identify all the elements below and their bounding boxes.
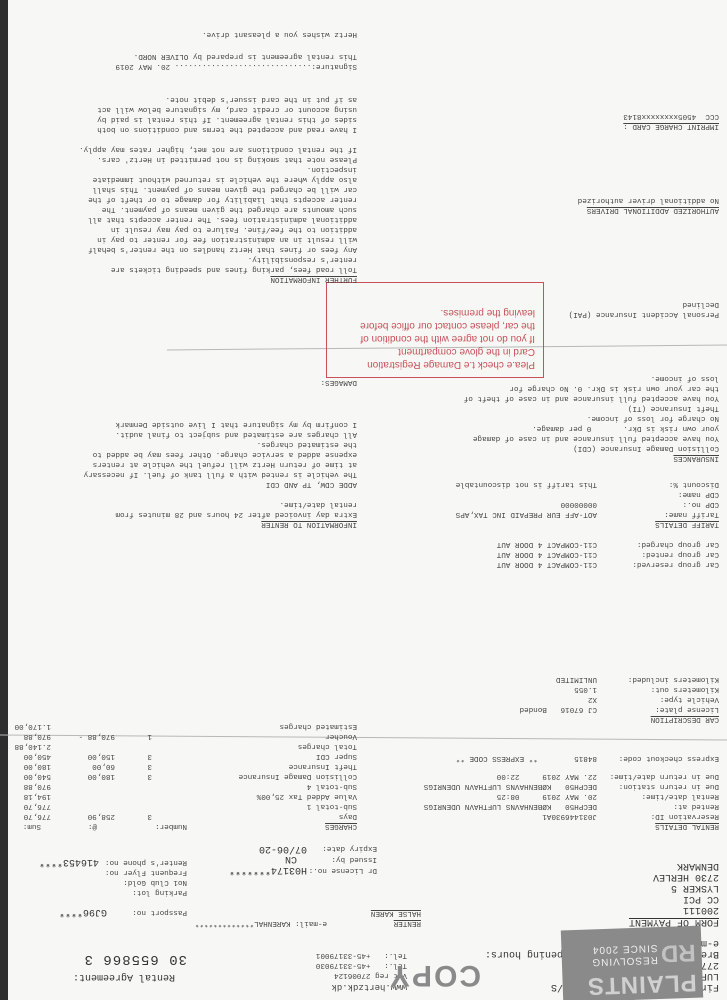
further-info-line: Please note that smoking is not permitte…: [97, 153, 357, 163]
stamp-line: the car, please contact our office befor…: [335, 319, 535, 332]
charge-price: 970,88 -: [79, 730, 115, 740]
charge-sum: 776,70: [24, 810, 51, 820]
car-group-value: C11-COMPACT 4 DOOR AUT: [497, 558, 597, 568]
payment-line: 2730 HERLEV: [653, 871, 719, 882]
insurances-title: INSURANCES: [673, 452, 719, 462]
insurance-line: your own risk is Dkr. 0 per damage.: [532, 422, 719, 432]
car-group-label: Car group charged:: [637, 538, 719, 548]
stamp-line: If you do not agree with the condition o…: [335, 332, 535, 345]
stamp-line: leaving the premises.: [335, 306, 535, 319]
info-line: Extra day invoiced after 24 hours and 28…: [115, 508, 357, 518]
license-number: H03174*******: [229, 864, 307, 875]
rental-details-title: RENTAL DETAILS: [655, 820, 719, 830]
tariff-value: AOT-AFF EUR PREPAID INC TAX,APS: [456, 508, 597, 518]
tariff-label: Tariff name:: [664, 508, 719, 518]
agreement-label: Rental Agreement:: [73, 971, 175, 982]
insurance-line: You have accepted full insurance and in …: [473, 432, 719, 442]
charge-price: 60,00: [92, 760, 115, 770]
charge-sum: 970,88: [24, 730, 51, 740]
logo-top-text: PLAINTS: [587, 968, 698, 1000]
charge-label: Days: [339, 810, 357, 820]
issued-by: CN: [285, 853, 297, 864]
info-line: expense added a service charge. Other fe…: [93, 448, 357, 458]
charge-number: 1: [147, 730, 152, 740]
charge-label: Collision Damage Insurance: [239, 770, 357, 780]
copy-watermark: COPY: [388, 958, 481, 992]
car-value: 1.055: [574, 683, 597, 693]
passport-label: Passport no:: [132, 906, 187, 916]
renter-name: HALSE KAREN: [371, 907, 421, 917]
charge-number: 3: [147, 770, 152, 780]
tariff-title: TARIFF DETAILS: [655, 518, 719, 528]
insurance-line: Collision Damage Insurance (CDI): [573, 442, 719, 452]
further-info-line: using account or credit card, my signatu…: [97, 103, 357, 113]
further-info-title: FURTHER INFORMATION: [270, 273, 357, 283]
charge-number: 3: [147, 760, 152, 770]
drivers-value: No additional driver authorized: [578, 194, 719, 204]
car-label: Vehicle type:: [660, 693, 719, 703]
further-info-line: additional administration fees. The rent…: [88, 213, 357, 223]
rental-detail-value: 84815 ** EXPRESS CODE **: [456, 752, 597, 762]
info-line: All charges are estimated and subject to…: [115, 428, 357, 438]
charges-number-header: Number:: [155, 820, 187, 830]
rental-detail-label: Express checkout code:: [619, 752, 719, 762]
further-info-line: also apply where the vehicle is returned…: [93, 173, 357, 183]
car-group-value: C11-COMPACT 4 DOOR AUT: [497, 548, 597, 558]
car-group-label: Car group reserved:: [632, 558, 719, 568]
charge-number: 3: [147, 810, 152, 820]
info-line: ADDE CDW, TP AND CDI: [266, 478, 357, 488]
complaints-board-logo: PLAINTS RD RESOLVINGSINCE 2004: [561, 926, 703, 1000]
logo-sub: RESOLVINGSINCE 2004: [591, 941, 658, 967]
car-label: Kilometers included:: [628, 673, 719, 683]
car-group-label: Car group rented:: [642, 548, 719, 558]
signature-line: Signature:..............................…: [115, 60, 357, 70]
tariff-label: Discount %:: [669, 478, 719, 488]
charge-sum: 194,18: [24, 790, 51, 800]
charge-label: Total charges: [298, 740, 357, 750]
charge-label: Estimated charges: [280, 720, 357, 730]
further-info-line: sides of this rental agreement. If this …: [97, 113, 357, 123]
prepared-by: This rental agreement is prepared by OLI…: [134, 50, 357, 60]
rental-agreement-page: First Rent a Car Denmark A/S LUFTHAVNSBO…: [0, 0, 727, 1000]
further-info-line: inspection.: [307, 163, 357, 173]
car-value: X2: [588, 693, 597, 703]
insurance-line: the car your own risk is Dkr. 0. No char…: [509, 382, 719, 392]
tariff-label: CDP no.:: [683, 498, 719, 508]
charge-label: Theft Insurance: [289, 760, 357, 770]
charge-sum: 2.140,88: [15, 740, 51, 750]
issued-by-label: Issued by:: [331, 853, 377, 863]
logo-rd: RD: [660, 938, 696, 967]
rental-detail-label: Due in return date/time:: [610, 770, 719, 780]
rental-detail-value: DECPH50 KØBENHAVNS LUFTHAVN UDENRIGS: [424, 780, 597, 790]
rental-detail-label: Due in return station:: [619, 780, 719, 790]
stamp-line: Plea.e check t.e Damage Registration: [335, 358, 535, 371]
rental-detail-label: Rented at:: [673, 800, 719, 810]
car-group-value: C11-COMPACT 4 DOOR AUT: [497, 538, 597, 548]
further-info-line: will result in an administration fee for…: [97, 233, 357, 243]
info-line: the estimated charges.: [257, 438, 357, 448]
charge-label: Sub-total 4: [307, 780, 357, 790]
insurance-line: loss of income.: [651, 372, 719, 382]
rental-detail-value: 20. MAY 2019 08:25: [497, 790, 597, 800]
charge-label: Value Added Tax 25,00%: [257, 790, 357, 800]
payment-line: CC PCI: [683, 893, 719, 904]
imprint-title: IMPRINT CHARGE CARD :: [623, 120, 719, 130]
charge-label: Voucher: [325, 730, 357, 740]
info-line: I confirm by my signature that I live ou…: [115, 418, 357, 428]
drivers-title: AUTHORIZED ADDITIONAL DRIVERS: [587, 204, 719, 214]
frequent-flyer-label: Frequent Flyer no:: [105, 866, 187, 876]
info-line: at time of return Hertz will refuel the …: [93, 458, 357, 468]
charge-label: Sub-total 1: [307, 800, 357, 810]
payment-title: FORM OF PAYMENT: [629, 916, 719, 927]
renter-email: e-mail: KARENHAL*************: [195, 917, 327, 927]
imprint-value: CCC 4505xxxxxxxx8143: [623, 110, 719, 120]
rental-detail-value: 22. MAY 2019 22:00: [497, 770, 597, 780]
car-value: UNLIMITED: [556, 673, 597, 683]
tariff-label: CDP name:: [678, 488, 719, 498]
charge-price: 258,90: [88, 810, 115, 820]
tariff-value: This tariff is not discountable: [456, 478, 597, 488]
further-info-line: such amounts are charged the given means…: [102, 203, 357, 213]
insurance-line: Theft Insurance (TI): [628, 402, 719, 412]
passport-number: GJ96****: [59, 906, 107, 917]
payment-line: DENMARK: [677, 860, 719, 871]
scan-edge: [0, 0, 8, 1000]
stamp-line: Card in the glove compartment: [335, 345, 535, 358]
charge-price: 180,00: [88, 770, 115, 780]
pai-label: Personal Accident Insurance (PAI): [569, 308, 719, 318]
renter-phone: 416453****: [39, 856, 99, 867]
rental-detail-value: J031446930A1: [542, 810, 597, 820]
charge-number: 3: [147, 750, 152, 760]
insurance-line: You have accepted full insurance and in …: [464, 392, 719, 402]
renter-phone-label: Renter's phone no:: [105, 856, 187, 866]
charge-sum: 776,70: [24, 800, 51, 810]
charges-sum-header: Sum:: [23, 820, 41, 830]
charges-title: CHARGES: [325, 820, 357, 830]
club-gold-label: No1 Club Gold:: [123, 876, 187, 886]
payment-line: LYSKER 5: [671, 882, 719, 893]
charge-sum: 970,88: [24, 780, 51, 790]
further-info-line: renter accepts that liability for damage…: [88, 193, 357, 203]
charge-sum: 450,00: [24, 750, 51, 760]
rental-detail-label: Reservation ID:: [651, 810, 719, 820]
rental-detail-label: Rental date/time:: [642, 790, 719, 800]
car-description-title: CAR DESCRIPTION: [651, 713, 719, 723]
car-label: License plate:: [655, 703, 719, 713]
further-info-line: I have read and accepted the terms and c…: [97, 123, 357, 133]
license-label: Dr License no.:: [309, 864, 377, 874]
info-line: The vehicle is rented with a full tank o…: [84, 468, 357, 478]
insurance-line: No charge for loss of income.: [587, 412, 719, 422]
further-info-line: Any fees or fines that Hertz handles on …: [88, 243, 357, 253]
expiry-date: 07/06-20: [259, 843, 307, 854]
expiry-label: Expiry date:: [322, 842, 377, 852]
goodbye-text: Hertz wishes you a pleasant drive.: [202, 28, 357, 38]
info-line: rental date/time.: [280, 498, 357, 508]
parking-lot-label: Parking lot:: [132, 886, 187, 896]
renter-title: RENTER: [394, 917, 421, 927]
further-info-line: If the rental conditions are not met, hi…: [79, 143, 357, 153]
tariff-value: 00000000: [561, 498, 597, 508]
damage-registration-stamp: Plea.e check t.e Damage Registration Car…: [326, 282, 544, 378]
further-info-line: Toll road fees, parking fines and speedi…: [111, 263, 357, 273]
further-info-line: addition to the fee/fine. Failure to pay…: [111, 223, 357, 233]
car-label: Kilometers out:: [651, 683, 719, 693]
further-info-line: renter's responsibility.: [248, 253, 357, 263]
charge-sum: 540,00: [24, 770, 51, 780]
rental-detail-value: DECPH50 KØBENHAVNS LUFTHAVN UDENRIGS: [424, 800, 597, 810]
agreement-number: 30 655866 3: [84, 951, 187, 967]
further-info-line: car will be charged the given means of p…: [93, 183, 357, 193]
further-info-line: as if put in the card issuer's debit not…: [166, 93, 357, 103]
charges-at-header: @:: [88, 820, 97, 830]
car-value: CJ 67016 Bonded: [520, 703, 597, 713]
charge-sum: 180,00: [24, 760, 51, 770]
info-to-renter-title: INFORMATION TO RENTER: [261, 518, 357, 528]
payment-line: 200111: [683, 904, 719, 915]
charge-label: Super CDI: [316, 750, 357, 760]
charge-price: 150,00: [88, 750, 115, 760]
charge-sum: 1.170,00: [15, 720, 51, 730]
pai-value: Declined: [683, 298, 719, 308]
